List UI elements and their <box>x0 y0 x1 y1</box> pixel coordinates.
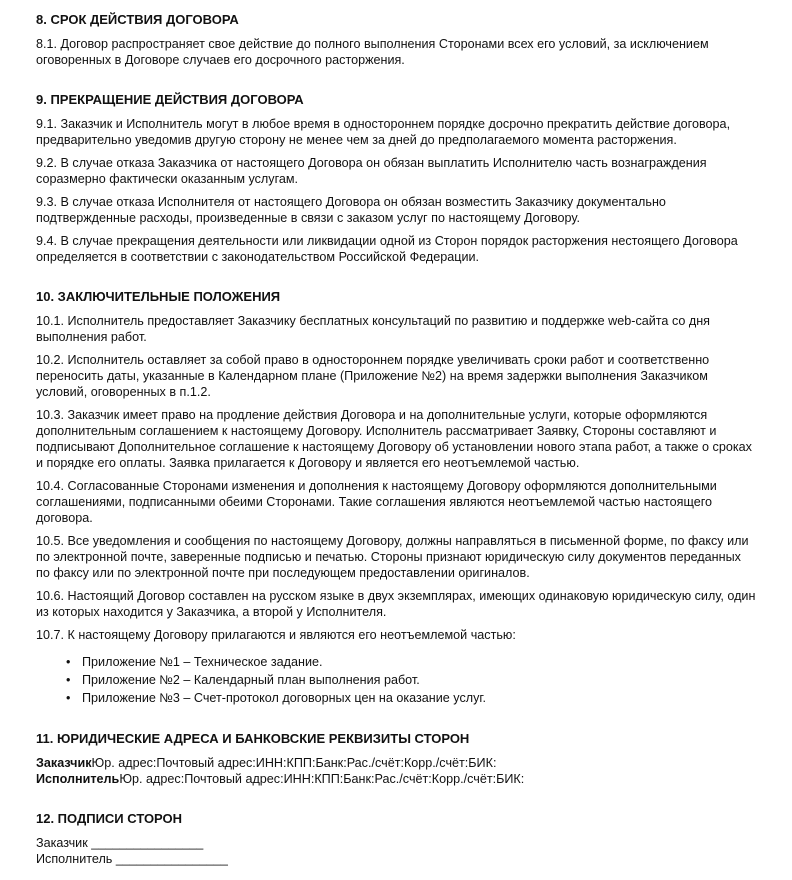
signature-customer: Заказчик ________________ <box>36 835 756 851</box>
section-heading: 8. СРОК ДЕЙСТВИЯ ДОГОВОРА <box>36 12 756 28</box>
attachments-list: • Приложение №1 – Техническое задание. •… <box>36 653 756 707</box>
list-item: • Приложение №1 – Техническое задание. <box>36 653 756 671</box>
clause-10-7: 10.7. К настоящему Договору прилагаются … <box>36 627 756 643</box>
clause-10-2: 10.2. Исполнитель оставляет за собой пра… <box>36 352 756 400</box>
clause-10-4: 10.4. Согласованные Сторонами изменения … <box>36 478 756 526</box>
section-heading: 9. ПРЕКРАЩЕНИЕ ДЕЙСТВИЯ ДОГОВОРА <box>36 92 756 108</box>
party-label: Заказчик <box>36 756 92 770</box>
section-heading: 12. ПОДПИСИ СТОРОН <box>36 811 756 827</box>
requisites-contractor: ИсполнительЮр. адрес:Почтовый адрес:ИНН:… <box>36 771 756 787</box>
clause-9-2: 9.2. В случае отказа Заказчика от настоя… <box>36 155 756 187</box>
bullet-icon: • <box>66 653 70 671</box>
clause-9-4: 9.4. В случае прекращения деятельности и… <box>36 233 756 265</box>
bullet-icon: • <box>66 689 70 707</box>
bullet-icon: • <box>66 671 70 689</box>
section-requisites: 11. ЮРИДИЧЕСКИЕ АДРЕСА И БАНКОВСКИЕ РЕКВ… <box>36 731 756 787</box>
section-term: 8. СРОК ДЕЙСТВИЯ ДОГОВОРА 8.1. Договор р… <box>36 12 756 68</box>
party-label: Исполнитель <box>36 772 119 786</box>
clause-9-3: 9.3. В случае отказа Исполнителя от наст… <box>36 194 756 226</box>
party-details: Юр. адрес:Почтовый адрес:ИНН:КПП:Банк:Ра… <box>119 772 524 786</box>
signature-contractor: Исполнитель ________________ <box>36 851 756 867</box>
section-termination: 9. ПРЕКРАЩЕНИЕ ДЕЙСТВИЯ ДОГОВОРА 9.1. За… <box>36 92 756 265</box>
party-details: Юр. адрес:Почтовый адрес:ИНН:КПП:Банк:Ра… <box>92 756 497 770</box>
clause-10-3: 10.3. Заказчик имеет право на продление … <box>36 407 756 471</box>
clause-10-5: 10.5. Все уведомления и сообщения по нас… <box>36 533 756 581</box>
section-heading: 10. ЗАКЛЮЧИТЕЛЬНЫЕ ПОЛОЖЕНИЯ <box>36 289 756 305</box>
clause-10-1: 10.1. Исполнитель предоставляет Заказчик… <box>36 313 756 345</box>
section-final-provisions: 10. ЗАКЛЮЧИТЕЛЬНЫЕ ПОЛОЖЕНИЯ 10.1. Испол… <box>36 289 756 707</box>
list-item: • Приложение №2 – Календарный план выпол… <box>36 671 756 689</box>
document-page: 8. СРОК ДЕЙСТВИЯ ДОГОВОРА 8.1. Договор р… <box>0 0 792 867</box>
clause-10-6: 10.6. Настоящий Договор составлен на рус… <box>36 588 756 620</box>
clause-9-1: 9.1. Заказчик и Исполнитель могут в любо… <box>36 116 756 148</box>
requisites-customer: ЗаказчикЮр. адрес:Почтовый адрес:ИНН:КПП… <box>36 755 756 771</box>
section-heading: 11. ЮРИДИЧЕСКИЕ АДРЕСА И БАНКОВСКИЕ РЕКВ… <box>36 731 756 747</box>
list-item: • Приложение №3 – Счет-протокол договорн… <box>36 689 756 707</box>
section-signatures: 12. ПОДПИСИ СТОРОН Заказчик ____________… <box>36 811 756 867</box>
clause-8-1: 8.1. Договор распространяет свое действи… <box>36 36 756 68</box>
